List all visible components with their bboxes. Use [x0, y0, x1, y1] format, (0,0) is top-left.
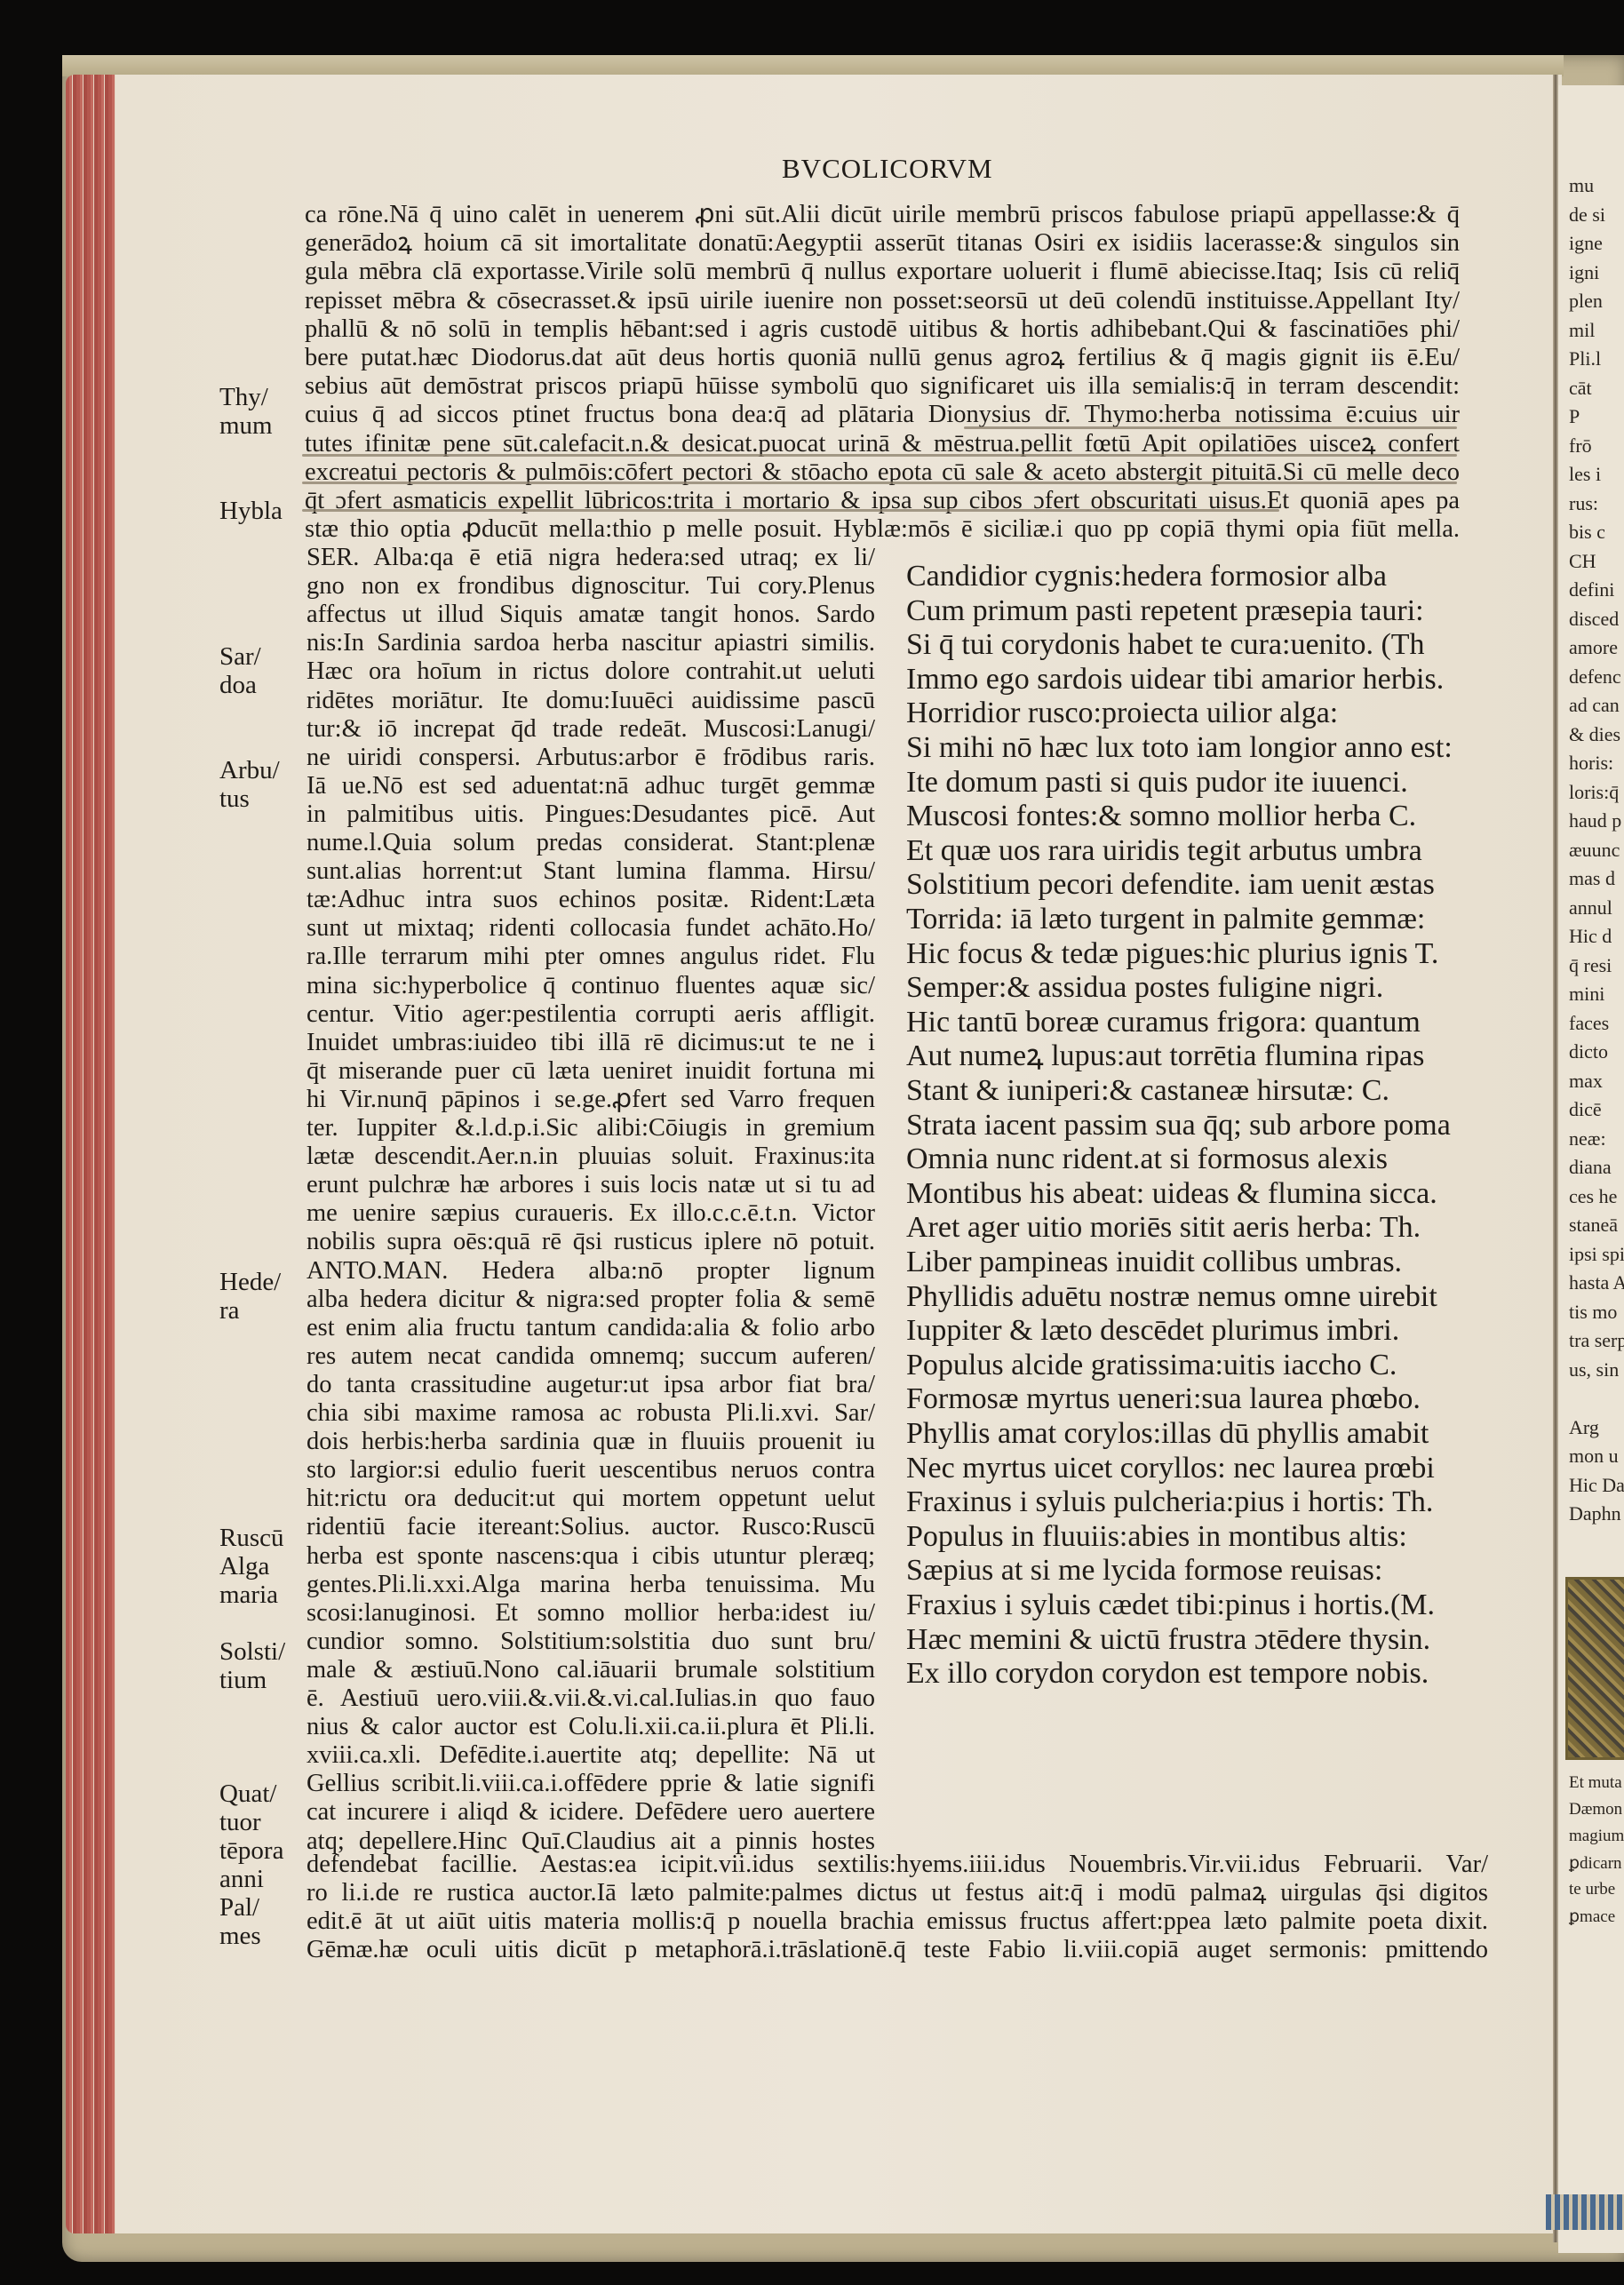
text-line: Solstitium pecori defendite. iam uenit æ…	[906, 868, 1435, 902]
margin-note: mum	[219, 412, 273, 440]
facing-text-fragment: diana	[1569, 1156, 1612, 1179]
margin-note: Pal/	[219, 1894, 259, 1922]
facing-text-fragment: mon u	[1569, 1445, 1619, 1468]
facing-text-fragment: mas d	[1569, 867, 1615, 890]
margin-note: tuor	[219, 1809, 261, 1836]
text-line: repisset mēbra & cōsecrasset.& ipsū uiri…	[305, 287, 1460, 314]
text-line: bere putat.hæc Diodorus.dat aūt deus hor…	[305, 344, 1460, 371]
binding-top-edge	[62, 55, 1564, 76]
facing-text-fragment: les i	[1569, 463, 1601, 486]
ink-underline	[302, 482, 1457, 484]
facing-text-fragment: de si	[1569, 203, 1605, 227]
margin-note: mes	[219, 1923, 261, 1950]
text-line: ter. Iuppiter &.l.d.p.i.Sic alibi:Cōiugi…	[306, 1114, 875, 1142]
facing-text-fragment: Et muta	[1569, 1773, 1622, 1793]
text-line: Fraxius i syluis cædet tibi:pinus i hort…	[906, 1588, 1435, 1622]
text-line: xviii.ca.xli. Defēdite.i.auertite atq; d…	[306, 1741, 875, 1769]
text-line: tæ:Adhuc intra suos echinos positæ. Ride…	[306, 886, 875, 913]
text-line: ridentiū facie itereant:Solius. auctor. …	[306, 1513, 875, 1541]
text-line: Et quæ uos rara uiridis tegit arbutus um…	[906, 834, 1422, 868]
text-line: Iuppiter & læto descēdet plurimus imbri.	[906, 1314, 1399, 1348]
text-line: ca rōne.Nā q̄ uino calēt in uenerem ꝓni …	[305, 201, 1460, 228]
text-line: Populus alcide gratissima:uitis iaccho C…	[906, 1349, 1397, 1382]
text-line: Immo ego sardois uidear tibi amarior her…	[906, 663, 1444, 697]
facing-text-fragment: hasta A	[1569, 1271, 1624, 1294]
facing-text-fragment: æuunc	[1569, 839, 1620, 862]
margin-note: Solsti/	[219, 1638, 285, 1666]
facing-text-fragment: staneā	[1569, 1214, 1618, 1237]
text-line: nume.l.Quia solum predas considerat. Sta…	[306, 829, 875, 856]
text-line: Gellius scribit.li.viii.ca.i.offēdere pp…	[306, 1770, 875, 1797]
facing-text-fragment: horis:	[1569, 752, 1613, 775]
text-line: Torrida: iā læto turgent in palmite gemm…	[906, 903, 1425, 936]
text-line: q̄t miserande puer cū læta ueniret inuid…	[306, 1057, 875, 1085]
facing-text-fragment: annul	[1569, 896, 1612, 920]
decorated-initial-icon	[1565, 1577, 1624, 1760]
margin-note: Ruscū	[219, 1525, 284, 1552]
facing-text-fragment: neæ:	[1569, 1127, 1606, 1150]
text-line: cat incurere i aliqd & icidere. Defēdere…	[306, 1798, 875, 1826]
facing-text-fragment: igne	[1569, 232, 1603, 255]
facing-text-fragment: faces	[1569, 1012, 1609, 1035]
text-line: tutes ifinitæ pene sūt.calefacit.n.& des…	[305, 430, 1460, 458]
margin-note: Sar/	[219, 643, 261, 671]
text-line: ra.Ille terrarum mihi pter omnes angulus…	[306, 943, 875, 970]
text-line: Populus in fluuiis:abies in montibus alt…	[906, 1520, 1407, 1554]
text-line: ANTO.MAN. Hedera alba:nō propter lignum	[306, 1257, 875, 1285]
margin-note: maria	[219, 1581, 278, 1609]
text-line: Horridior rusco:proiecta uilior alga:	[906, 697, 1338, 730]
facing-text-fragment: q̄ resi	[1569, 954, 1612, 977]
facing-text-fragment: ipsi spi	[1569, 1243, 1624, 1266]
ink-underline	[302, 509, 1279, 512]
running-head: BVCOLICORVM	[782, 153, 993, 185]
facing-text-fragment: mini	[1569, 983, 1604, 1006]
text-line: Inuidet umbras:iuideo tibi illā rē dicim…	[306, 1029, 875, 1056]
text-line: Gēmæ.hæ oculi uitis dicūt p metaphorā.i.…	[306, 1936, 1488, 1963]
facing-text-fragment: ces he	[1569, 1185, 1617, 1208]
text-line: chia sibi maxime ramosa ac robusta Pli.l…	[306, 1399, 875, 1427]
facing-text-fragment: CH	[1569, 550, 1596, 573]
text-line: cuius q̄ ad siccos ptinet fructus bona d…	[305, 401, 1460, 428]
text-line: est enim alia fructu tantum candida:alia…	[306, 1314, 875, 1342]
text-line: nis:In Sardinia sardoa herba nascitur ap…	[306, 629, 875, 657]
facing-text-fragment: max	[1569, 1070, 1603, 1093]
margin-note: Quat/	[219, 1780, 276, 1808]
facing-text-fragment: cāt	[1569, 377, 1592, 400]
text-line: Hic focus & tedæ pigues:hic plurius igni…	[906, 937, 1438, 971]
margin-note: Thy/	[219, 384, 268, 411]
ink-underline	[302, 454, 1457, 457]
facing-text-fragment: ꝑmace	[1569, 1907, 1615, 1927]
text-line: erunt pulchræ hæ arbores i suis locis na…	[306, 1171, 875, 1198]
facing-text-fragment: defini	[1569, 578, 1614, 601]
headband	[1546, 2194, 1624, 2230]
text-line: ridētes moriātur. Ite domu:Iuuēci auidis…	[306, 687, 875, 714]
text-line: sunt.alias horrent:ut Stant lumina flamm…	[306, 857, 875, 885]
text-line: Si q̄ tui corydonis habet te cura:uenito…	[906, 628, 1425, 662]
text-line: Hic tantū boreæ curamus frigora: quantum	[906, 1006, 1421, 1039]
text-line: Omnia nunc rident.at si formosus alexis	[906, 1142, 1388, 1176]
facing-text-fragment: amore	[1569, 636, 1618, 659]
text-line: Hæc memini & uictū frustra ɔtēdere thysi…	[906, 1623, 1430, 1657]
facing-text-fragment: magium	[1569, 1827, 1624, 1846]
text-line: edit.ē āt ut aiūt uitis materia mollis:q…	[306, 1907, 1488, 1935]
text-line: Fraxinus i syluis pulcheria:pius i horti…	[906, 1485, 1433, 1519]
text-line: Phyllis amat corylos:illas dū phyllis am…	[906, 1417, 1429, 1451]
margin-note: tium	[219, 1667, 267, 1694]
margin-note: Alga	[219, 1553, 269, 1580]
text-line: me uenire sæpius curaueris. Ex illo.c.c.…	[306, 1199, 875, 1227]
facing-text-fragment: tis mo	[1569, 1301, 1617, 1324]
margin-note: ra	[219, 1297, 240, 1325]
margin-note: tus	[219, 785, 250, 813]
text-line: Ex illo corydon corydon est tempore nobi…	[906, 1657, 1429, 1691]
text-line: SER. Alba:qa ē etiā nigra hedera:sed utr…	[306, 544, 875, 571]
margin-note: Hede/	[219, 1269, 281, 1296]
text-line: Muscosi fontes:& somno mollior herba C.	[906, 800, 1416, 833]
text-line: ne uiridi conspersi. Arbutus:arbor ē frō…	[306, 744, 875, 771]
facing-text-fragment: Hic Da	[1569, 1474, 1624, 1497]
facing-text-fragment: Arg	[1569, 1416, 1599, 1439]
text-line: gentes.Pli.li.xxi.Alga marina herba tenu…	[306, 1571, 875, 1598]
facing-text-fragment: Pli.l	[1569, 347, 1601, 370]
ink-underline	[964, 426, 1457, 429]
facing-text-fragment: ad can	[1569, 694, 1620, 717]
facing-text-fragment: loris:q̄	[1569, 781, 1619, 804]
text-line: Semper:& assidua postes fuligine nigri.	[906, 971, 1383, 1005]
red-page-edges	[66, 75, 119, 2233]
text-line: Liber pampineas inuidit collibus umbras.	[906, 1246, 1402, 1279]
text-line: tur:& iō increpat q̄d trade redeāt. Musc…	[306, 715, 875, 743]
text-line: res autem necat candida omnemq; succum a…	[306, 1342, 875, 1370]
text-line: do tanta crassitudine augetur:ut ipsa ar…	[306, 1371, 875, 1398]
margin-note: anni	[219, 1866, 264, 1893]
text-line: cundior somno. Solstitium:solstitia duo …	[306, 1628, 875, 1655]
text-line: Strata iacent passim sua q̄q; sub arbore…	[906, 1109, 1451, 1142]
facing-text-fragment: plen	[1569, 290, 1603, 313]
facing-text-fragment: rus:	[1569, 492, 1598, 515]
facing-text-fragment: P	[1569, 405, 1580, 428]
facing-text-fragment: Hic d	[1569, 925, 1612, 948]
text-line: hit:rictu ora deducit:ut qui mortem oppe…	[306, 1485, 875, 1512]
facing-text-fragment: dicto	[1569, 1040, 1608, 1063]
text-line: male & æstiuū.Nono cal.iāuarii brumale s…	[306, 1656, 875, 1684]
text-line: Ite domum pasti si quis pudor ite iuuenc…	[906, 766, 1408, 800]
text-line: affectus ut illud Siquis amatæ tangit ho…	[306, 601, 875, 628]
text-line: Stant & iuniperi:& castaneæ hirsutæ: C.	[906, 1074, 1389, 1108]
text-line: Candidior cygnis:hedera formosior alba	[906, 560, 1387, 593]
text-line: herba est sponte nascens:qua i cibis utu…	[306, 1542, 875, 1570]
margin-note: doa	[219, 672, 257, 699]
text-line: phallū & nō solū in templis hēbant:sed i…	[305, 315, 1460, 343]
text-line: gula mēbra clā exportasse.Virile solū me…	[305, 258, 1460, 285]
text-line: Montibus his abeat: uideas & flumina sic…	[906, 1177, 1437, 1211]
facing-text-fragment: tra serp	[1569, 1329, 1624, 1352]
text-line: Aut numeꝝ lupus:aut torrētia flumina rip…	[906, 1039, 1424, 1073]
margin-note: tēpora	[219, 1837, 283, 1865]
text-line: defendebat facillie. Aestas:ea icipit.vi…	[306, 1851, 1488, 1878]
facing-text-fragment: defenc	[1569, 665, 1621, 689]
facing-text-fragment: haud p	[1569, 809, 1621, 832]
text-line: lætæ descendit.Aer.n.in pluuias soluit. …	[306, 1142, 875, 1170]
facing-recto-page-edge: mude siigneigniplenmilPli.lcāt Pfrōles i…	[1558, 85, 1624, 2253]
margin-note: Arbu/	[219, 757, 280, 784]
text-line: hi Vir.nunq̄ pāpinos i se.ge.ꝓfert sed V…	[306, 1086, 875, 1113]
text-line: sto largior:si edulio fuerit uescentibus…	[306, 1456, 875, 1484]
text-line: dois herbis:herba sardinia quæ in fluuii…	[306, 1428, 875, 1455]
text-line: nius & calor auctor est Colu.li.xii.ca.i…	[306, 1713, 875, 1740]
text-line: sebius aūt demōstrat priscos priapū hūis…	[305, 372, 1460, 400]
text-line: alba hedera dicitur & nigra:sed propter …	[306, 1286, 875, 1313]
text-line: scosi:lanuginosi. Et somno mollior herba…	[306, 1599, 875, 1627]
facing-text-fragment: mil	[1569, 319, 1595, 342]
facing-text-fragment: dicē	[1569, 1098, 1602, 1121]
text-line: Phyllidis aduētu nostræ nemus omne uireb…	[906, 1280, 1437, 1314]
facing-text-fragment: disced	[1569, 608, 1619, 631]
text-line: Iā ue.Nō est sed aduentat:nā adhuc turgē…	[306, 772, 875, 800]
facing-text-fragment: frō	[1569, 434, 1592, 458]
facing-text-fragment: Dæmon	[1569, 1800, 1622, 1819]
facing-text-fragment: igni	[1569, 261, 1599, 284]
facing-text-fragment: us, sin	[1569, 1358, 1619, 1381]
text-line: mina sic:hyperbolice q̄ continuo fluente…	[306, 972, 875, 999]
text-line: in palmitibus uitis. Pingues:Desudantes …	[306, 800, 875, 828]
text-line: Aret ager uitio moriēs sitit aeris herba…	[906, 1211, 1421, 1245]
text-line: ē. Aestiuū uero.viii.&.vii.&.vi.cal.Iuli…	[306, 1684, 875, 1712]
margin-note: Hybla	[219, 498, 283, 525]
text-line: Sæpius at si me lycida formose reuisas:	[906, 1554, 1382, 1588]
text-line: gno non ex frondibus dignoscitur. Tui co…	[306, 572, 875, 600]
text-line: Nec myrtus uicet coryllos: nec laurea pr…	[906, 1452, 1435, 1485]
facing-text-fragment: Daphn	[1569, 1502, 1621, 1525]
facing-text-fragment: te urbe	[1569, 1880, 1615, 1899]
text-line: Cum primum pasti repetent præsepia tauri…	[906, 594, 1424, 628]
text-line: Hæc ora hoīum in rictus dolore contrahit…	[306, 657, 875, 685]
facing-text-fragment: mu	[1569, 174, 1594, 197]
facing-text-fragment: bis c	[1569, 521, 1605, 544]
text-line: sunt ut mixtaq; ridenti collocasia funde…	[306, 914, 875, 942]
facing-text-fragment: & dies	[1569, 723, 1620, 746]
text-line: ro li.i.de re rustica auctor.Iā læto pal…	[306, 1879, 1488, 1907]
text-line: nobilis supra oēs:quā rē q̄si rusticus i…	[306, 1228, 875, 1255]
text-line: stæ thio optia ꝓducūt mella:thio p melle…	[305, 515, 1460, 543]
text-line: centur. Vitio ager:pestilentia corrupti …	[306, 1000, 875, 1028]
text-line: Formosæ myrtus ueneri:sua laurea phœbo.	[906, 1382, 1421, 1416]
text-line: generādoꝝ hoium cā sit imortalitate dona…	[305, 229, 1460, 257]
text-line: Si mihi nō hæc lux toto iam longior anno…	[906, 731, 1453, 765]
facing-text-fragment: ꝑdicarn	[1569, 1853, 1622, 1874]
